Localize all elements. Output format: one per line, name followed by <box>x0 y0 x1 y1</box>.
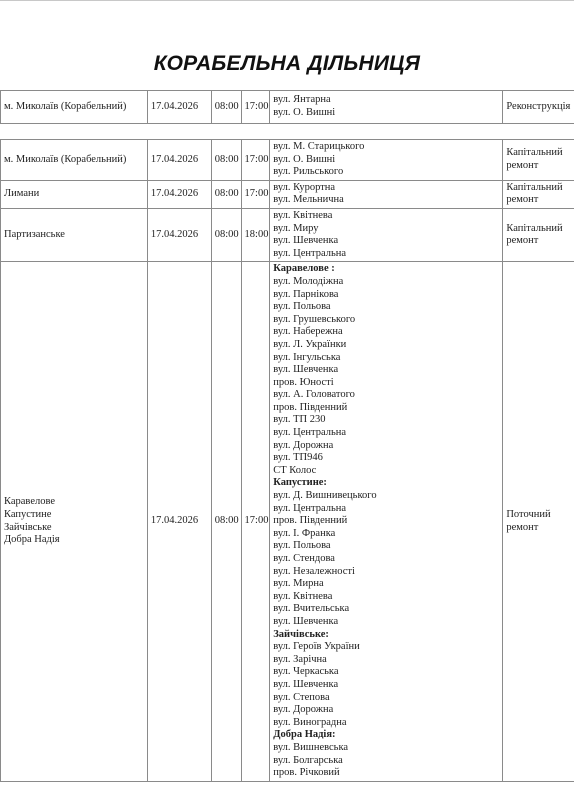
locality-name: Лимани <box>4 188 144 201</box>
street-item: вул. Центральна <box>273 427 499 440</box>
date-cell: 17.04.2026 <box>147 180 211 208</box>
street-item: вул. М. Старицького <box>273 141 499 154</box>
street-item: вул. Польова <box>273 540 499 553</box>
table-row: м. Миколаїв (Корабельний)17.04.202608:00… <box>1 91 574 124</box>
street-item: вул. Степова <box>273 692 499 705</box>
street-item: вул. Мирна <box>273 578 499 591</box>
street-group-heading: Добра Надія: <box>273 729 499 742</box>
street-item: вул. Мельнична <box>273 194 499 207</box>
street-group-heading: Капустине: <box>273 477 499 490</box>
locality-name: м. Миколаїв (Корабельний) <box>4 154 144 167</box>
locality-name: Добра Надія <box>4 534 144 547</box>
street-item: вул. Стендова <box>273 553 499 566</box>
date-cell: 17.04.2026 <box>147 140 211 181</box>
street-item: вул. Шевченка <box>273 616 499 629</box>
locality-name: Каравелове <box>4 496 144 509</box>
table-row: Лимани17.04.202608:0017:00вул. Курортнав… <box>1 180 574 208</box>
locality-cell: м. Миколаїв (Корабельний) <box>1 91 148 124</box>
streets-cell: вул. М. Старицькоговул. О. Вишнівул. Рил… <box>270 140 503 181</box>
street-item: вул. Зарічна <box>273 654 499 667</box>
street-item: вул. Шевченка <box>273 679 499 692</box>
table-row: Партизанське17.04.202608:0018:00вул. Кві… <box>1 208 574 261</box>
work-type-cell: Капітальний ремонт <box>503 180 574 208</box>
street-item: пров. Південний <box>273 515 499 528</box>
date-cell: 17.04.2026 <box>147 262 211 781</box>
street-item: вул. Молодіжна <box>273 276 499 289</box>
page-top-border <box>0 0 574 1</box>
start-time-cell: 08:00 <box>211 208 241 261</box>
street-item: вул. Квітнева <box>273 210 499 223</box>
street-item: вул. Л. Українки <box>273 339 499 352</box>
date-cell: 17.04.2026 <box>147 91 211 124</box>
street-item: вул. ТП 230 <box>273 414 499 427</box>
locality-name: Партизанське <box>4 229 144 242</box>
outage-table-1: м. Миколаїв (Корабельний)17.04.202608:00… <box>0 90 574 124</box>
streets-cell: Каравелове :вул. Молодіжнавул. Парнікова… <box>270 262 503 781</box>
work-type-cell: Реконструкція <box>503 91 574 124</box>
locality-cell: Лимани <box>1 180 148 208</box>
street-item: вул. Польова <box>273 301 499 314</box>
street-item: вул. Центральна <box>273 503 499 516</box>
end-time-cell: 17:00 <box>241 91 270 124</box>
page-title: КОРАБЕЛЬНА ДІЛЬНИЦЯ <box>0 52 574 76</box>
locality-cell: Партизанське <box>1 208 148 261</box>
street-item: вул. Шевченка <box>273 235 499 248</box>
start-time-cell: 08:00 <box>211 262 241 781</box>
street-item: вул. Курортна <box>273 182 499 195</box>
start-time-cell: 08:00 <box>211 91 241 124</box>
start-time-cell: 08:00 <box>211 180 241 208</box>
work-type-cell: Поточний ремонт <box>503 262 574 781</box>
work-type-cell: Капітальний ремонт <box>503 208 574 261</box>
end-time-cell: 17:00 <box>241 262 270 781</box>
street-item: вул. А. Головатого <box>273 389 499 402</box>
street-item: вул. Парнікова <box>273 289 499 302</box>
street-group-heading: Каравелове : <box>273 263 499 276</box>
locality-name: м. Миколаїв (Корабельний) <box>4 101 144 114</box>
start-time-cell: 08:00 <box>211 140 241 181</box>
street-item: вул. Грушевського <box>273 314 499 327</box>
street-item: вул. Центральна <box>273 248 499 261</box>
locality-cell: м. Миколаїв (Корабельний) <box>1 140 148 181</box>
street-item: вул. Інгульська <box>273 352 499 365</box>
street-item: вул. І. Франка <box>273 528 499 541</box>
street-item: вул. Шевченка <box>273 364 499 377</box>
street-item: вул. Болгарська <box>273 755 499 768</box>
street-group-heading: Зайчівське: <box>273 629 499 642</box>
street-item: вул. Вишневська <box>273 742 499 755</box>
street-item: СТ Колос <box>273 465 499 478</box>
street-item: пров. Річковий <box>273 767 499 780</box>
street-item: вул. Дорожна <box>273 440 499 453</box>
locality-cell: КаравеловеКапустинеЗайчівськеДобра Надія <box>1 262 148 781</box>
street-item: вул. ТП946 <box>273 452 499 465</box>
street-item: вул. Вчительська <box>273 603 499 616</box>
locality-name: Капустине <box>4 509 144 522</box>
street-item: вул. Янтарна <box>273 94 499 107</box>
street-item: вул. Рильського <box>273 166 499 179</box>
streets-cell: вул. Квітневавул. Мирувул. Шевченкавул. … <box>270 208 503 261</box>
street-item: вул. Набережна <box>273 326 499 339</box>
date-cell: 17.04.2026 <box>147 208 211 261</box>
table-row: КаравеловеКапустинеЗайчівськеДобра Надія… <box>1 262 574 781</box>
street-item: вул. Квітнева <box>273 591 499 604</box>
outage-table-2: м. Миколаїв (Корабельний)17.04.202608:00… <box>0 139 574 782</box>
street-item: вул. Героїв України <box>273 641 499 654</box>
end-time-cell: 17:00 <box>241 180 270 208</box>
street-item: вул. Д. Вишнивецького <box>273 490 499 503</box>
table-row: м. Миколаїв (Корабельний)17.04.202608:00… <box>1 140 574 181</box>
work-type-cell: Капітальний ремонт <box>503 140 574 181</box>
street-item: вул. Черкаська <box>273 666 499 679</box>
streets-cell: вул. Янтарнавул. О. Вишні <box>270 91 503 124</box>
streets-cell: вул. Курортнавул. Мельнична <box>270 180 503 208</box>
street-item: пров. Південний <box>273 402 499 415</box>
end-time-cell: 17:00 <box>241 140 270 181</box>
street-item: вул. Незалежності <box>273 566 499 579</box>
street-item: вул. О. Вишні <box>273 107 499 120</box>
street-item: пров. Юності <box>273 377 499 390</box>
street-item: вул. Дорожна <box>273 704 499 717</box>
street-item: вул. О. Вишні <box>273 154 499 167</box>
street-item: вул. Миру <box>273 223 499 236</box>
locality-name: Зайчівське <box>4 522 144 535</box>
street-item: вул. Виноградна <box>273 717 499 730</box>
end-time-cell: 18:00 <box>241 208 270 261</box>
